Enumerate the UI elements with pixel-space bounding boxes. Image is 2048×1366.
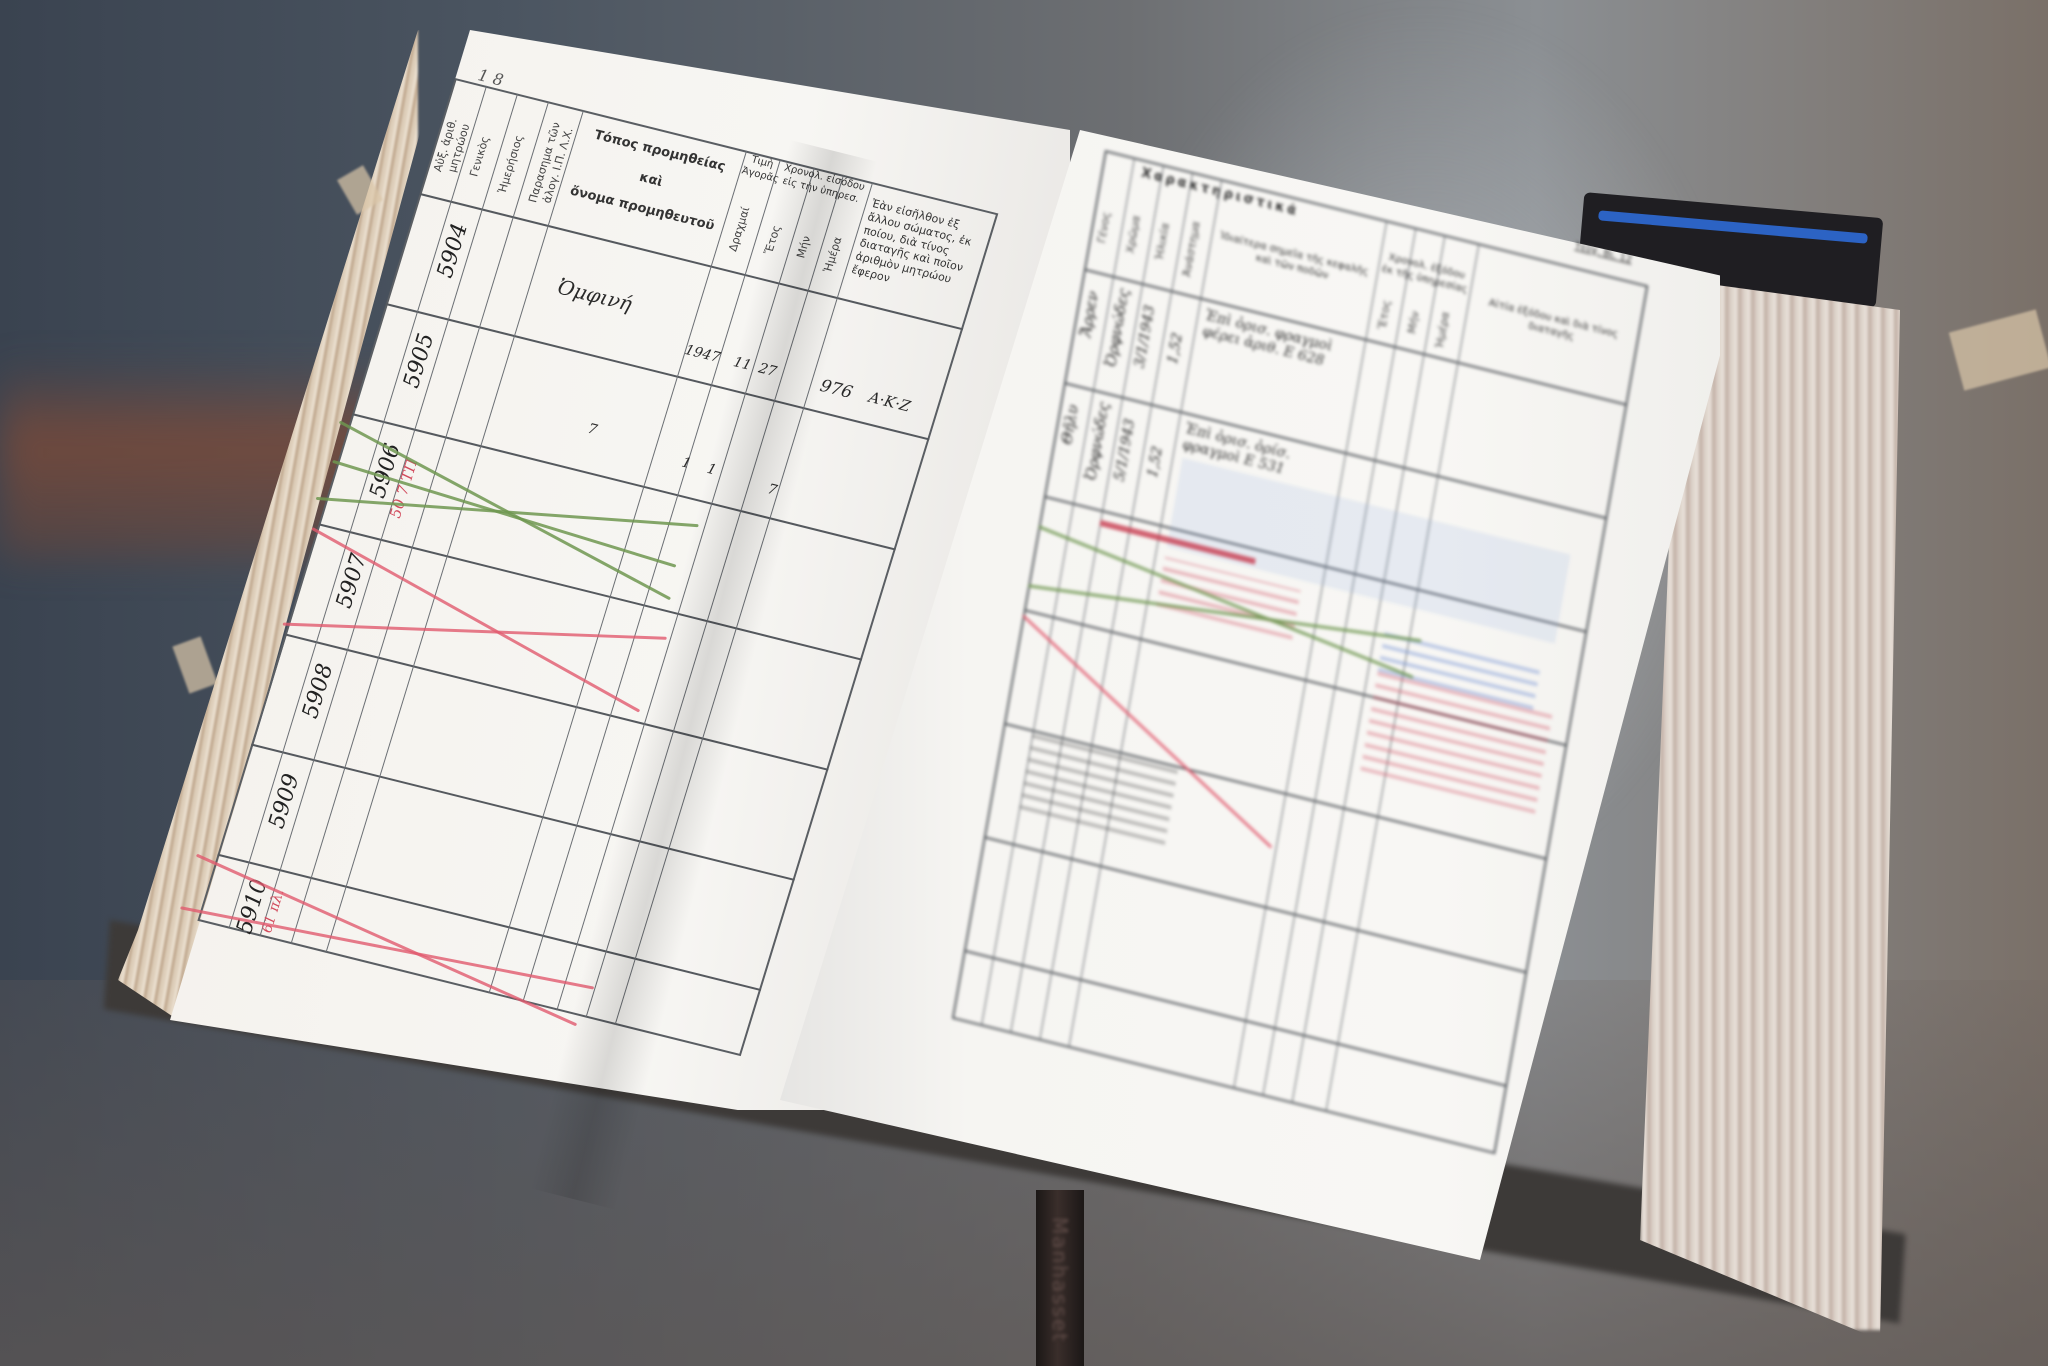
tape-strip	[1949, 309, 2048, 390]
ledger-book: Αὐξ. ἀριθ. μητρώου Γενικὸς Ἡμερήσιος Παρ…	[0, 0, 2048, 1366]
tape-strip	[172, 636, 217, 693]
